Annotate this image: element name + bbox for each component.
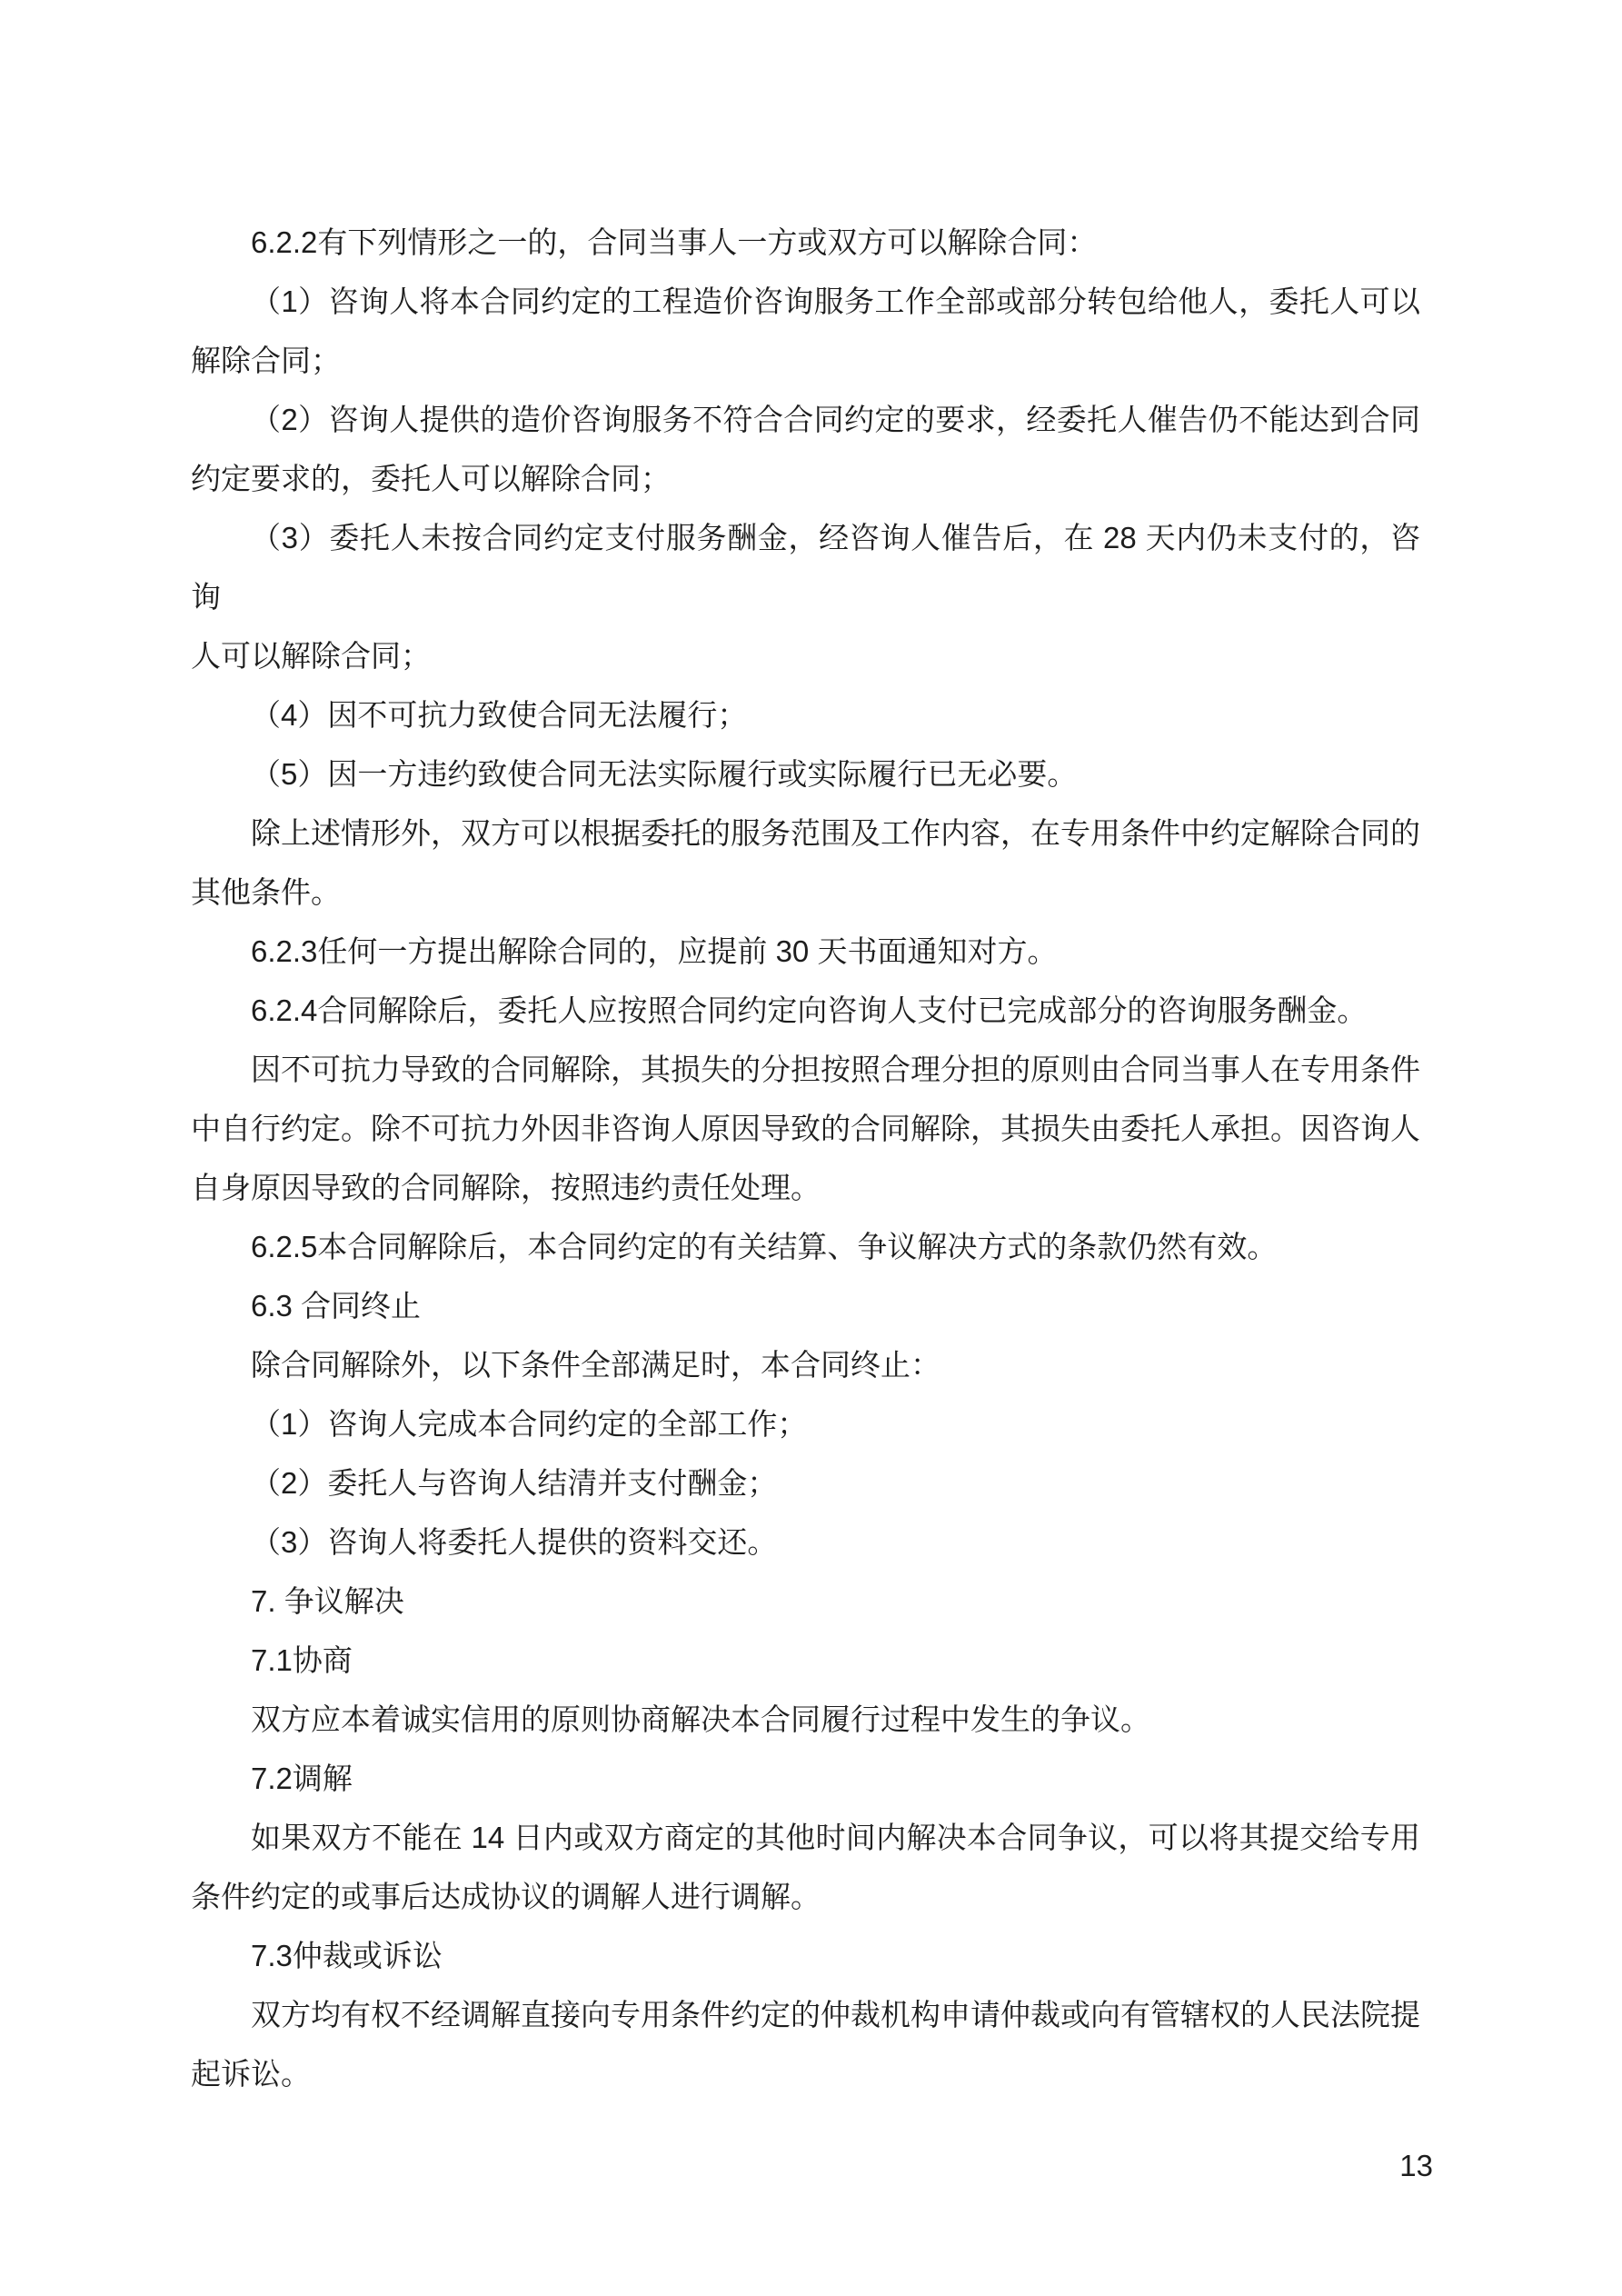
page-number: 13 (1399, 2147, 1433, 2185)
text-line: 双方应本着诚实信用的原则协商解决本合同履行过程中发生的争议。 (191, 1690, 1420, 1749)
document-body: 6.2.2有下列情形之一的，合同当事人一方或双方可以解除合同：（1）咨询人将本合… (191, 213, 1420, 2103)
text-line: 6.2.4合同解除后，委托人应按照合同约定向咨询人支付已完成部分的咨询服务酬金。 (191, 981, 1420, 1040)
text-line: （3）委托人未按合同约定支付服务酬金，经咨询人催告后，在 28 天内仍未支付的，… (191, 508, 1420, 626)
text-line: （5）因一方违约致使合同无法实际履行或实际履行已无必要。 (191, 744, 1420, 804)
text-line: 7.3仲裁或诉讼 (191, 1926, 1420, 1985)
text-line: 约定要求的，委托人可以解除合同； (191, 449, 1420, 508)
text-line: 其他条件。 (191, 863, 1420, 922)
text-line: 双方均有权不经调解直接向专用条件约定的仲裁机构申请仲裁或向有管辖权的人民法院提 (191, 1985, 1420, 2044)
document-page: 6.2.2有下列情形之一的，合同当事人一方或双方可以解除合同：（1）咨询人将本合… (0, 0, 1622, 2296)
text-line: 6.2.3任何一方提出解除合同的，应提前 30 天书面通知对方。 (191, 922, 1420, 981)
text-line: （1）咨询人完成本合同约定的全部工作； (191, 1394, 1420, 1453)
text-line: 起诉讼。 (191, 2044, 1420, 2103)
text-line: （4）因不可抗力致使合同无法履行； (191, 685, 1420, 744)
text-line: 除合同解除外，以下条件全部满足时，本合同终止： (191, 1335, 1420, 1394)
text-line: （2）咨询人提供的造价咨询服务不符合合同约定的要求，经委托人催告仍不能达到合同 (191, 390, 1420, 449)
text-line: 6.3 合同终止 (191, 1276, 1420, 1335)
text-line: （2）委托人与咨询人结清并支付酬金； (191, 1453, 1420, 1512)
text-line: 6.2.2有下列情形之一的，合同当事人一方或双方可以解除合同： (191, 213, 1420, 272)
text-line: 除上述情形外，双方可以根据委托的服务范围及工作内容，在专用条件中约定解除合同的 (191, 804, 1420, 863)
text-line: 如果双方不能在 14 日内或双方商定的其他时间内解决本合同争议，可以将其提交给专… (191, 1808, 1420, 1867)
text-line: （1）咨询人将本合同约定的工程造价咨询服务工作全部或部分转包给他人，委托人可以 (191, 272, 1420, 331)
text-line: 条件约定的或事后达成协议的调解人进行调解。 (191, 1867, 1420, 1926)
text-line: 7.2调解 (191, 1749, 1420, 1808)
text-line: 人可以解除合同； (191, 626, 1420, 685)
text-line: 因不可抗力导致的合同解除，其损失的分担按照合理分担的原则由合同当事人在专用条件 (191, 1040, 1420, 1099)
text-line: 中自行约定。除不可抗力外因非咨询人原因导致的合同解除，其损失由委托人承担。因咨询… (191, 1099, 1420, 1158)
text-line: 7. 争议解决 (191, 1572, 1420, 1631)
text-line: （3）咨询人将委托人提供的资料交还。 (191, 1512, 1420, 1572)
text-line: 7.1协商 (191, 1631, 1420, 1690)
text-line: 解除合同； (191, 331, 1420, 390)
text-line: 6.2.5本合同解除后，本合同约定的有关结算、争议解决方式的条款仍然有效。 (191, 1217, 1420, 1276)
text-line: 自身原因导致的合同解除，按照违约责任处理。 (191, 1158, 1420, 1217)
